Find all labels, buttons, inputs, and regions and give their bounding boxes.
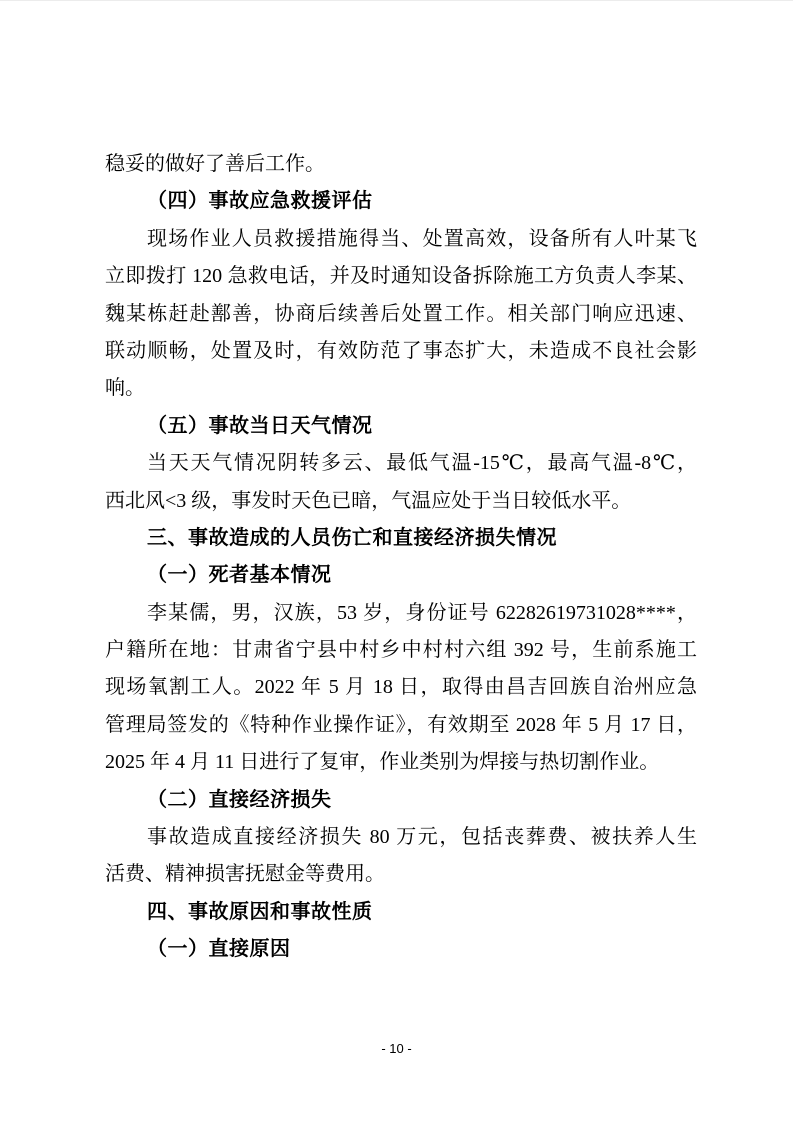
- body-text-line: 西北风<3 级，事发时天色已暗，气温应处于当日较低水平。: [105, 483, 697, 520]
- subsection-heading: （一）直接原因: [105, 931, 697, 968]
- body-text-line: 事故造成直接经济损失 80 万元，包括丧葬费、被扶养人生: [105, 819, 697, 856]
- document-page: 稳妥的做好了善后工作。（四）事故应急救援评估现场作业人员救援措施得当、处置高效，…: [0, 0, 793, 1122]
- page-number: - 10 -: [0, 1041, 793, 1056]
- subsection-heading: （五）事故当日天气情况: [105, 408, 697, 445]
- body-text-line: 响。: [105, 370, 697, 407]
- body-text-line: 立即拨打 120 急救电话，并及时通知设备拆除施工方负责人李某、: [105, 258, 697, 295]
- body-text-line: 现场氧割工人。2022 年 5 月 18 日，取得由昌吉回族自治州应急: [105, 669, 697, 706]
- body-text-line: 活费、精神损害抚慰金等费用。: [105, 856, 697, 893]
- body-text-line: 当天天气情况阴转多云、最低气温-15℃，最高气温-8℃，: [105, 445, 697, 482]
- body-text-line: 户籍所在地：甘肃省宁县中村乡中村村六组 392 号，生前系施工: [105, 632, 697, 669]
- page-body-text: 稳妥的做好了善后工作。（四）事故应急救援评估现场作业人员救援措施得当、处置高效，…: [105, 146, 697, 969]
- section-heading: 三、事故造成的人员伤亡和直接经济损失情况: [105, 520, 697, 557]
- body-text-line: 2025 年 4 月 11 日进行了复审，作业类别为焊接与热切割作业。: [105, 744, 697, 781]
- subsection-heading: （二）直接经济损失: [105, 782, 697, 819]
- body-text-line: 管理局签发的《特种作业操作证》，有效期至 2028 年 5 月 17 日，: [105, 707, 697, 744]
- subsection-heading: （四）事故应急救援评估: [105, 183, 697, 220]
- body-text-line: 联动顺畅，处置及时，有效防范了事态扩大，未造成不良社会影: [105, 333, 697, 370]
- body-text-line: 稳妥的做好了善后工作。: [105, 146, 697, 183]
- body-text-line: 魏某栋赶赴鄯善，协商后续善后处置工作。相关部门响应迅速、: [105, 296, 697, 333]
- section-heading: 四、事故原因和事故性质: [105, 894, 697, 931]
- body-text-line: 李某儒，男，汉族，53 岁，身份证号 62282619731028****，: [105, 595, 697, 632]
- subsection-heading: （一）死者基本情况: [105, 557, 697, 594]
- body-text-line: 现场作业人员救援措施得当、处置高效，设备所有人叶某飞: [105, 221, 697, 258]
